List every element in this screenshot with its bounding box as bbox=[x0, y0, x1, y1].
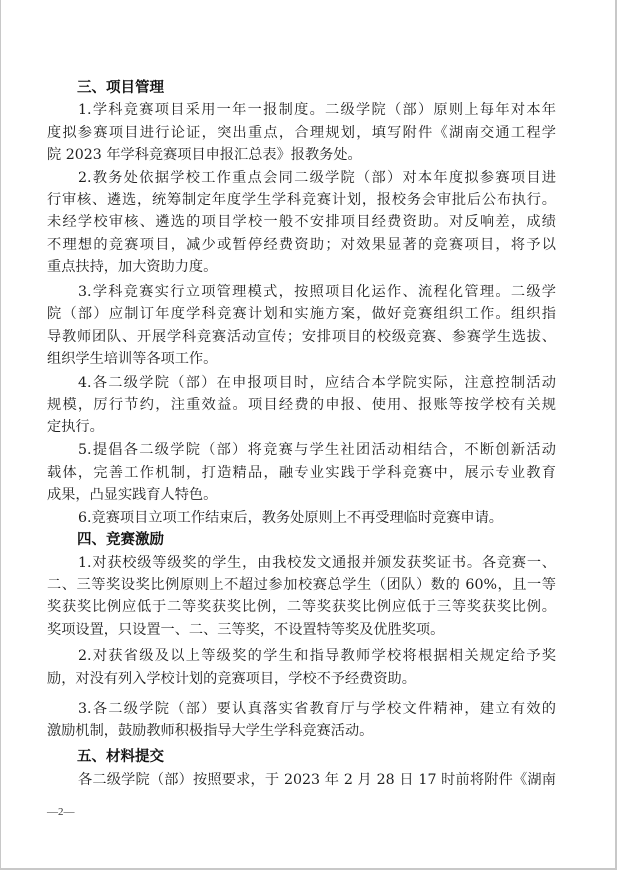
paragraph-line: 重点扶持，加大资助力度。 bbox=[47, 257, 617, 277]
paragraph-line: 4.各二级学院（部）在申报项目时，应结合本学院实际，注意控制活动 bbox=[78, 373, 556, 393]
paragraph-line: 5.提倡各二级学院（部）将竞赛与学生社团活动相结合，不断创新活动 bbox=[78, 440, 556, 460]
section-heading: 三、项目管理 bbox=[77, 78, 164, 98]
paragraph-line: 3.学科竞赛实行立项管理模式，按照项目化运作、流程化管理。二级学 bbox=[78, 282, 556, 302]
paragraph-line: 二、三等奖设奖比例原则上不超过参加校赛总学生（团队）数的 60%，且一等 bbox=[47, 575, 556, 595]
paragraph-line: 1.对获校级等级奖的学生，由我校发文通报并颁发获奖证书。各竞赛一、 bbox=[78, 553, 556, 573]
paragraph-line: 2.对获省级及以上等级奖的学生和指导教师学校将根据相关规定给予奖 bbox=[78, 646, 556, 666]
paragraph-line: 组织学生培训等各项工作。 bbox=[47, 349, 617, 369]
paragraph-line: 各二级学院（部）按照要求，于 2023 年 2 月 28 日 17 时前将附件《… bbox=[78, 770, 556, 790]
paragraph-line: 1.学科竞赛项目采用一年一报制度。二级学院（部）原则上每年对本年 bbox=[78, 100, 556, 120]
paragraph-line: 行审核、遴选，统筹制定年度学生学科竞赛计划，报校务会审批后公布执行。 bbox=[47, 190, 556, 210]
paragraph-line: 院 2023 年学科竞赛项目申报汇总表》报教务处。 bbox=[47, 145, 617, 165]
paragraph-line: 奖获奖比例应低于二等奖获奖比例，二等奖获奖比例应低于三等奖获奖比例。 bbox=[47, 597, 556, 617]
paragraph-line: 成果，凸显实践育人特色。 bbox=[47, 485, 617, 505]
paragraph-line: 度拟参赛项目进行论证，突出重点，合理规划，填写附件《湖南交通工程学 bbox=[47, 123, 556, 143]
paragraph-line: 定执行。 bbox=[47, 417, 617, 437]
paragraph-line: 奖项设置，只设置一、二、三等奖，不设置特等奖及优胜奖项。 bbox=[47, 620, 617, 640]
section-heading: 五、材料提交 bbox=[77, 747, 164, 767]
section-heading: 四、竞赛激励 bbox=[77, 530, 164, 550]
paragraph-line: 载体，完善工作机制，打造精品，融专业实践于学科竞赛中，展示专业教育 bbox=[47, 463, 556, 483]
document-page: 三、项目管理 1.学科竞赛项目采用一年一报制度。二级学院（部）原则上每年对本年 … bbox=[1, 0, 615, 868]
paragraph-line: 3.各二级学院（部）要认真落实省教育厅与学校文件精神，建立有效的 bbox=[78, 699, 556, 719]
paragraph-line: 未经学校审核、遴选的项目学校一般不安排项目经费资助。对反响差，成绩 bbox=[47, 212, 556, 232]
paragraph-line: 不理想的竞赛项目，减少或暂停经费资助；对效果显著的竞赛项目，将予以 bbox=[47, 235, 556, 255]
paragraph-line: 2.教务处依据学校工作重点会同二级学院（部）对本年度拟参赛项目进 bbox=[78, 168, 556, 188]
paragraph-line: 导教师团队、开展学科竞赛活动宣传；安排项目的校级竞赛、参赛学生选拔、 bbox=[47, 327, 556, 347]
paragraph-line: 规模，厉行节约，注重效益。项目经费的申报、使用、报账等按学校有关规 bbox=[47, 395, 556, 415]
paragraph-line: 院（部）应制订年度学科竞赛计划和实施方案，做好竞赛组织工作。组织指 bbox=[47, 304, 556, 324]
page-number: —2— bbox=[47, 806, 75, 818]
paragraph-line: 6.竞赛项目立项工作结束后，教务处原则上不再受理临时竞赛申请。 bbox=[78, 508, 617, 528]
paragraph-line: 激励机制，鼓励教师积极指导大学生学科竞赛活动。 bbox=[47, 721, 617, 741]
paragraph-line: 励，对没有列入学校计划的竞赛项目，学校不予经费资助。 bbox=[47, 669, 617, 689]
